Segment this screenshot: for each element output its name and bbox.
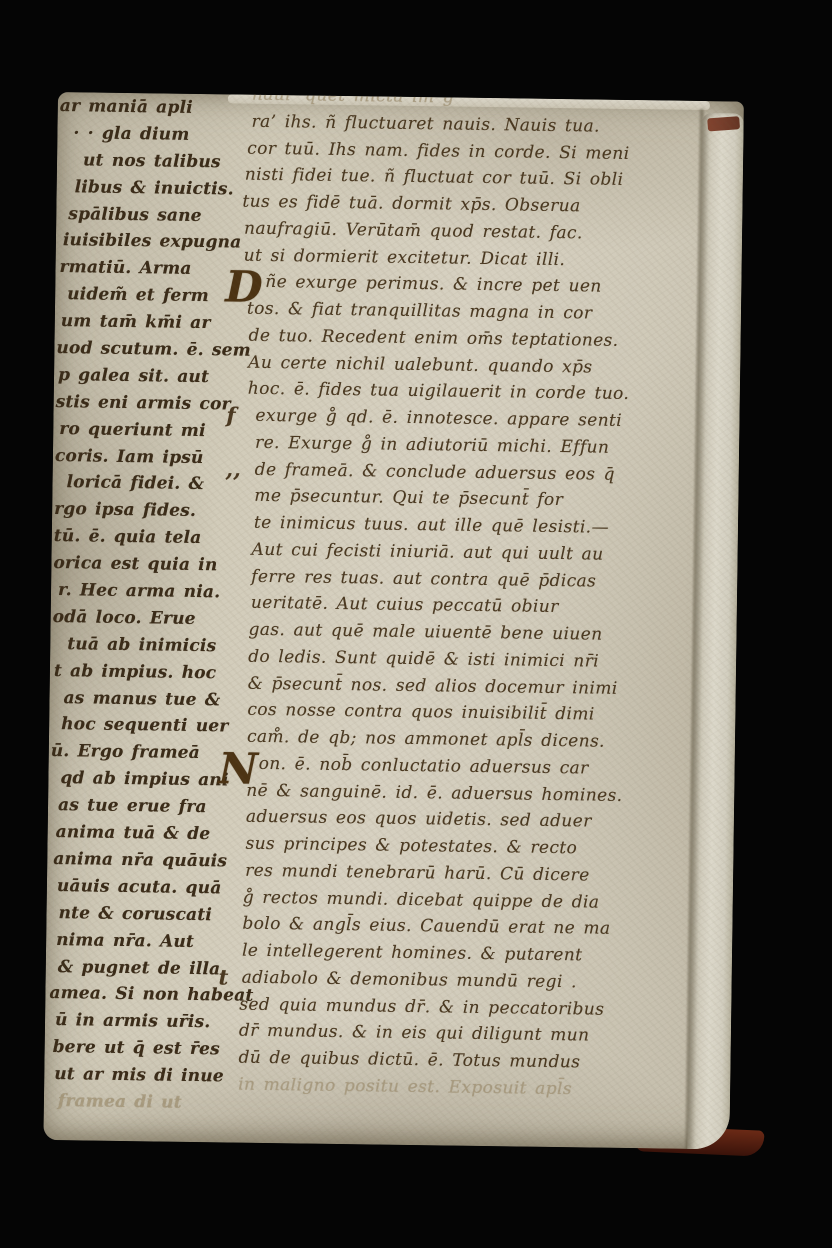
line-text: rgo ipsa fides.: [54, 499, 196, 521]
gloss-line: um tam̄ km̄i ar: [57, 311, 239, 340]
line-text: stis eni armis cor: [56, 392, 231, 414]
line-text: tus es fidē tuā. dormit xp̄s. Obserua: [242, 192, 580, 217]
margin-mark: ,,: [226, 456, 242, 481]
gloss-line: r. Hec arma nia.: [53, 580, 235, 609]
line-text: ueritatē. Aut cuius peccatū obiur: [251, 593, 559, 617]
gloss-line: as manus tue &: [51, 688, 233, 717]
line-text: ut ar mis di inue: [54, 1064, 224, 1086]
line-text: sus principes & potestates. & recto: [245, 834, 577, 859]
gloss-line: ar maniā apli: [60, 96, 242, 125]
line-text: & p̄secunt̄ nos. sed alios docemur inimi: [248, 673, 618, 698]
line-text: loricā fidei. &: [66, 473, 204, 495]
line-text: spālibus sane: [68, 204, 202, 226]
line-text: Aut cui fecisti iniuriā. aut qui uult au: [251, 539, 603, 564]
gloss-line: & pugnet de illa.: [48, 956, 230, 985]
line-text: coris. Iam ipsū: [55, 446, 204, 468]
line-text: & pugnet de illa.: [58, 957, 227, 979]
gloss-line: odā loco. Erue: [52, 607, 234, 636]
line-text: dr̄ mundus. & in eis qui diligunt mun: [239, 1021, 590, 1046]
line-text: nima nr̄a. Aut: [56, 930, 194, 952]
gloss-line: amea. Si non habeat: [47, 983, 229, 1012]
line-text: me p̄secuntur. Qui te p̄secunt̄ for: [254, 486, 563, 510]
gloss-line: ro queriunt mi: [55, 419, 237, 448]
gloss-line: p galea sit. aut: [56, 365, 238, 394]
line-text: rmatiū. Arma: [59, 257, 191, 279]
line-text: as manus tue &: [63, 688, 220, 710]
line-text: naufragiū. Verūtam̄ quod restat. fac.: [244, 218, 583, 243]
line-text: orica est quia in: [53, 553, 217, 575]
line-text: tos. & fiat tranquillitas magna in cor: [247, 299, 593, 324]
gloss-line: ū in armis ur̄is.: [47, 1010, 229, 1039]
line-text: exurge g̊ qd. ē. innotesce. appare senti: [255, 406, 622, 431]
line-text: cam̊. de qb; nos ammonet apl̄s dicens.: [247, 727, 605, 752]
line-text: tū. ē. quia tela: [54, 526, 202, 548]
line-text: Au certe nichil ualebunt. quando xp̄s: [248, 352, 593, 377]
line-text: ra’ ihs. ñ fluctuaret nauis. Nauis tua.: [251, 111, 600, 136]
line-text: do ledis. Sunt quidē & isti inimici nr̄i: [248, 646, 599, 671]
gloss-line: as tue erue fra: [50, 795, 232, 824]
line-text: as tue erue fra: [58, 795, 207, 817]
gloss-line: spālibus sane: [58, 204, 240, 233]
photo-background: ar maniā apli· · gla diumut nos talibusl…: [0, 0, 832, 1248]
line-text: ū. Ergo frameā: [51, 741, 200, 763]
line-text: de tuo. Recedent enim om̄s teptationes.: [248, 325, 618, 350]
line-text: anima tuā & de: [56, 822, 211, 844]
gloss-line: ut nos talibus: [59, 150, 241, 179]
line-text: ferre res tuas. aut contra quē p̄dicas: [251, 566, 596, 591]
line-text: ut nos talibus: [83, 150, 221, 172]
line-text: libus & inuictis.: [75, 177, 234, 199]
margin-mark: t: [218, 964, 228, 989]
margin-mark: f: [226, 402, 236, 427]
line-text: nte & coruscati: [58, 903, 212, 925]
line-text: framea di ut: [58, 1091, 182, 1113]
line-text: de frameā. & conclude aduersus eos q̄: [255, 459, 615, 484]
line-text: ñe exurge perimus. & incre pet uen: [265, 272, 602, 297]
gloss-line: anima nr̄a quāuis: [49, 849, 231, 878]
line-text: adiabolo & demonibus mundū regi .: [242, 967, 577, 992]
line-text: bere ut q̄ est r̄es: [53, 1037, 220, 1059]
line-text: tuā ab inimicis: [67, 634, 216, 656]
line-text: dū de quibus dictū. ē. Totus mundus: [238, 1048, 580, 1073]
gloss-line: uidem̃ et ferm: [57, 284, 239, 313]
line-text: sed quia mundus dr̄. & in peccatoribus: [239, 994, 604, 1019]
gloss-line: rgo ipsa fides.: [54, 499, 236, 528]
line-text: odā loco. Erue: [53, 607, 196, 629]
line-text: ar maniā apli: [60, 96, 193, 118]
gloss-line: coris. Iam ipsū: [55, 446, 237, 475]
line-text: · · gla dium: [73, 123, 189, 145]
gloss-line: libus & inuictis.: [58, 177, 240, 206]
gloss-line: framea di ut: [46, 1091, 228, 1120]
line-text: anima nr̄a quāuis: [53, 849, 227, 871]
manuscript-page: ar maniā apli· · gla diumut nos talibusl…: [43, 92, 744, 1149]
line-text: nē & sanguinē. id. ē. aduersus homines.: [246, 780, 623, 805]
line-text: re. Exurge g̊ in adiutoriū michi. Effun: [255, 433, 609, 458]
gloss-column: ar maniā apli· · gla diumut nos talibusl…: [46, 96, 242, 1120]
line-text: naui· quet micta im g: [252, 92, 454, 108]
line-text: le intellegerent homines. & putarent: [242, 941, 583, 966]
gloss-line: t ab impius. hoc: [52, 661, 234, 690]
line-text: um tam̄ km̄i ar: [61, 311, 211, 333]
line-text: te inimicus tuus. aut ille quē lesisti.—: [254, 513, 609, 538]
gloss-line: loricā fidei. &: [54, 472, 236, 501]
gloss-line: stis eni armis cor: [55, 392, 237, 421]
line-text: on. ē. nob̄ conluctatio aduersus car: [259, 754, 589, 779]
gloss-line: nima nr̄a. Aut: [48, 930, 230, 959]
line-text: nisti fidei tue. ñ fluctuat cor tuū. Si …: [245, 165, 624, 190]
line-text: ū in armis ur̄is.: [55, 1010, 211, 1032]
gloss-line: uāuis acuta. quā: [49, 876, 231, 905]
line-text: iuisibiles expugna: [63, 231, 242, 253]
gloss-line: nte & coruscati: [48, 903, 230, 932]
line-text: t ab impius. hoc: [54, 661, 217, 683]
gloss-line: bere ut q̄ est r̄es: [46, 1037, 228, 1066]
line-text: bolo & angl̄s eius. Cauendū erat ne ma: [242, 914, 610, 939]
gloss-line: ut ar mis di inue: [46, 1064, 228, 1093]
line-text: res mundi tenebrarū harū. Cū dicere: [245, 860, 590, 885]
gloss-line: qd ab impius ani: [50, 768, 232, 797]
line-text: gas. aut quē male uiuentē bene uiuen: [248, 620, 602, 645]
line-text: cos nosse contra quos inuisibilit̄ dimi: [247, 700, 595, 725]
line-text: r. Hec arma nia.: [58, 580, 220, 602]
gloss-line: anima tuā & de: [49, 822, 231, 851]
gloss-line: iuisibiles expugna: [58, 230, 240, 259]
line-text: uāuis acuta. quā: [57, 876, 222, 898]
gloss-line: rmatiū. Arma: [57, 257, 239, 286]
line-text: hoc. ē. fides tua uigilauerit in corde t…: [248, 379, 630, 404]
line-text: g̊ rectos mundi. dicebat quippe de dia: [243, 887, 600, 912]
gloss-line: tū. ē. quia tela: [54, 526, 236, 555]
line-text: p galea sit. aut: [58, 365, 209, 387]
gloss-line: uod scutum. ē. sem: [56, 338, 238, 367]
line-text: in maligno positu est. Exposuit apl̄s: [238, 1074, 572, 1099]
line-text: aduersus eos quos uidetis. sed aduer: [246, 807, 592, 832]
gloss-line: ū. Ergo frameā: [51, 741, 233, 770]
line-text: qd ab impius ani: [60, 768, 228, 790]
line-text: hoc sequenti uer: [61, 715, 229, 737]
main-text-column: naui· quet micta im gra’ ihs. ñ fluctuar…: [230, 92, 716, 1108]
line-text: ro queriunt mi: [59, 419, 206, 441]
line-text: uidem̃ et ferm: [67, 284, 209, 306]
gloss-line: tuā ab inimicis: [52, 634, 234, 663]
line-text: uod scutum. ē. sem: [56, 338, 251, 361]
gloss-line: hoc sequenti uer: [51, 714, 233, 743]
line-text: ut si dormierit excitetur. Dicat illi.: [244, 245, 566, 269]
gloss-line: · · gla dium: [59, 123, 241, 152]
line-text: cor tuū. Ihs nam. fides in corde. Si men…: [247, 138, 630, 163]
text-line: in maligno positu est. Exposuit apl̄s: [230, 1074, 702, 1107]
gloss-line: orica est quia in: [53, 553, 235, 582]
